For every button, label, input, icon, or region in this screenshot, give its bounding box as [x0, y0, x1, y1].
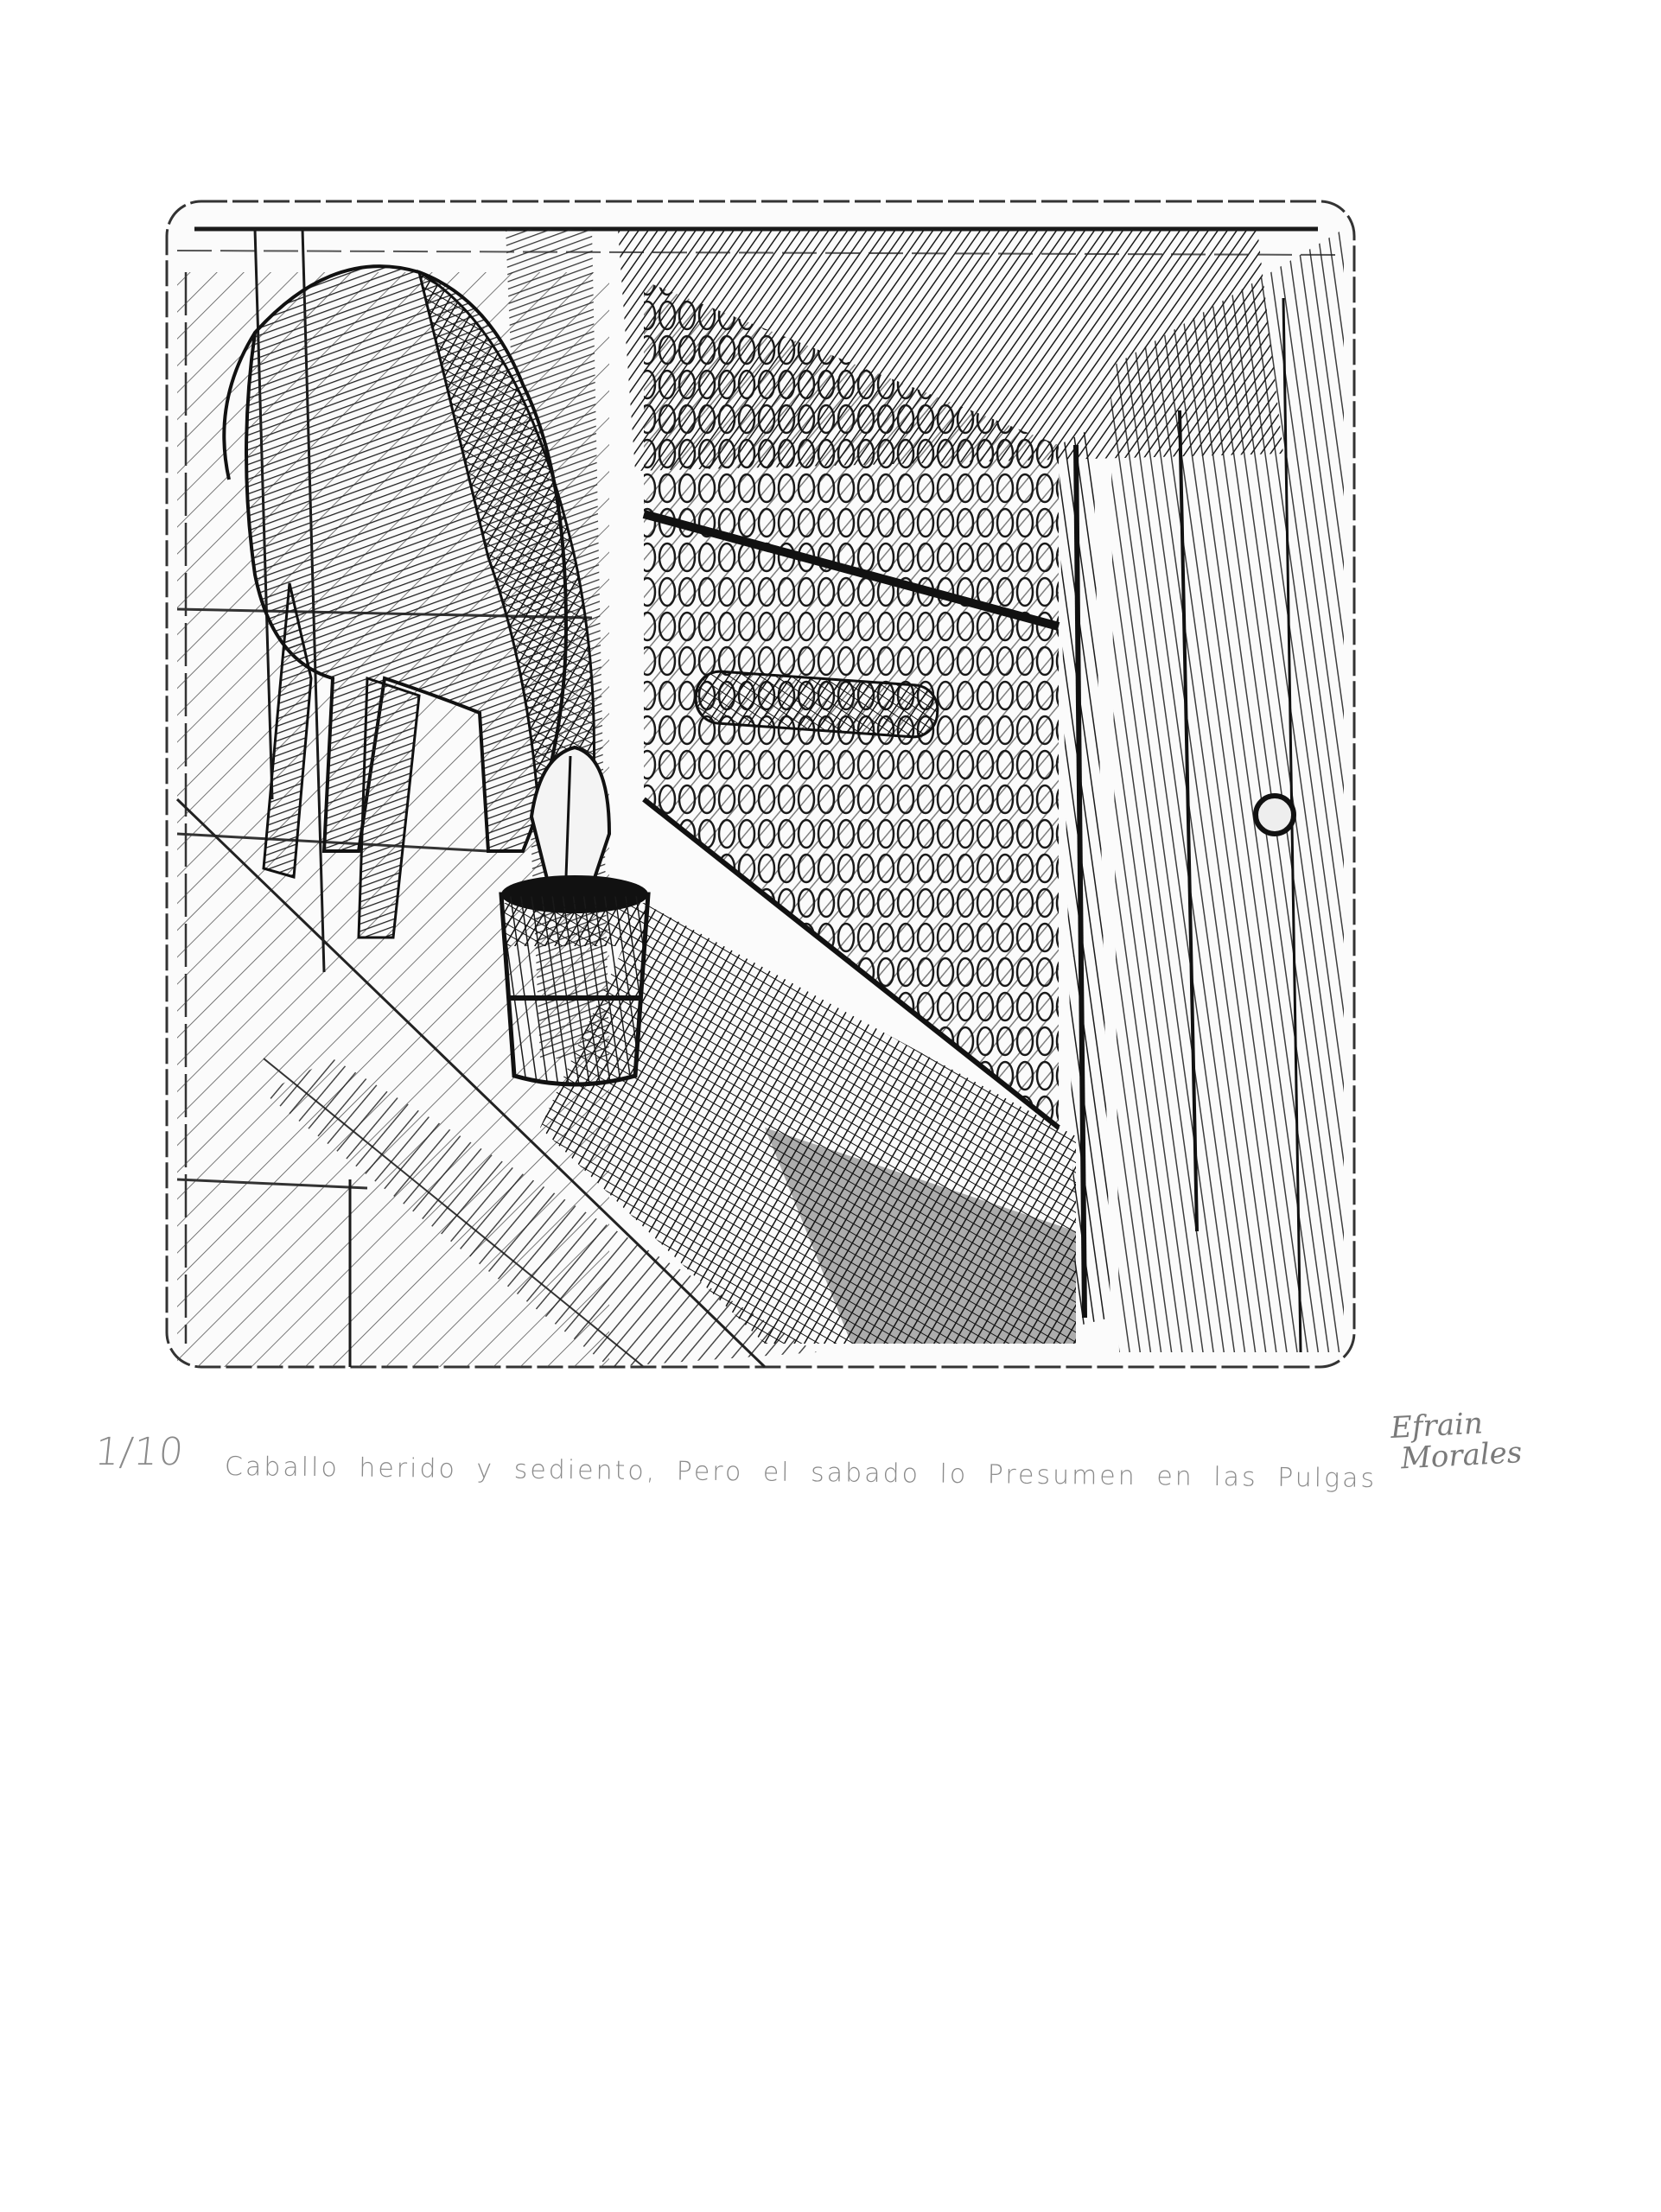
edition-number: 1/10: [92, 1430, 186, 1474]
etching-artwork: [160, 194, 1361, 1374]
artist-signature: Efrain Morales: [1390, 1404, 1557, 1475]
etching-plate: [160, 194, 1361, 1374]
artwork-title: Caballo herido y sediento, Pero el sabad…: [225, 1452, 1377, 1494]
signature-last-name: Morales: [1391, 1435, 1557, 1475]
